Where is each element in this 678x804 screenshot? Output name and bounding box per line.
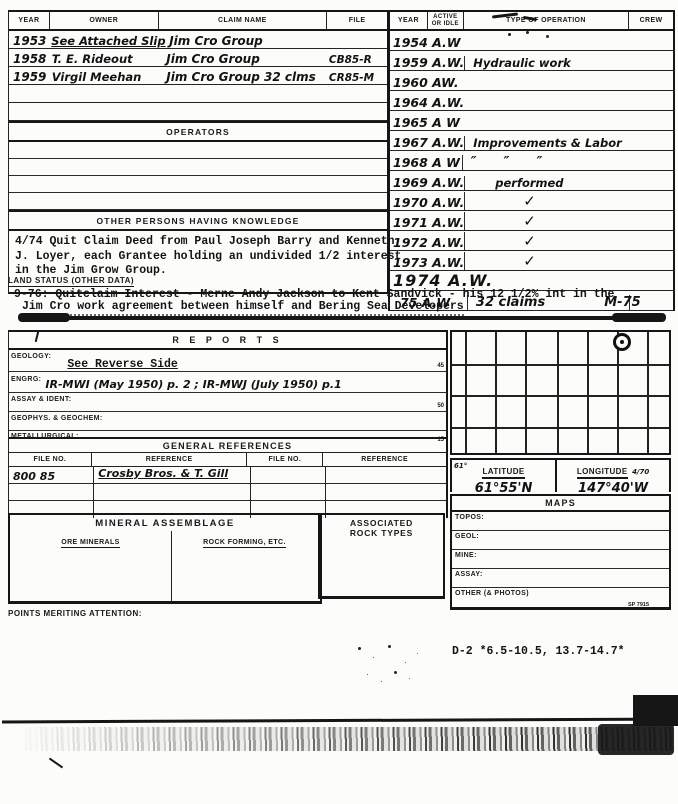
- activity-table-header: YEAR ACTIVE OR IDLE TYPE OF OPERATION CR…: [390, 12, 673, 31]
- col-year: YEAR: [9, 17, 49, 24]
- activity-row: 1973 A.W. ✓: [390, 251, 673, 271]
- report-row-geophys: GEOPHYS. & GEOCHEM:: [9, 412, 446, 431]
- ownership-row: 1959 Virgil Meehan Jim Cro Group 32 clms…: [9, 67, 387, 85]
- checkmark: ✓: [464, 192, 639, 210]
- operators-row-empty: [9, 193, 387, 210]
- maps-row-mine: MINE:: [452, 550, 669, 569]
- redaction-square: [633, 695, 678, 726]
- scan-edge-line: [2, 718, 676, 724]
- reports-section: R E P O R T S GEOLOGY: See Reverse Side …: [8, 330, 448, 445]
- form-number: SP 7915: [628, 602, 649, 608]
- report-row-geology: GEOLOGY: See Reverse Side 45: [9, 350, 446, 372]
- scanned-claim-record-form: YEAR OWNER CLAIM NAME FILE 1953 See Atta…: [0, 0, 678, 804]
- operators-row-empty: [9, 159, 387, 176]
- longitude-note: 4/70: [632, 468, 649, 476]
- rock-forming-column: ROCK FORMING, ETC.: [171, 531, 317, 601]
- activity-table: YEAR ACTIVE OR IDLE TYPE OF OPERATION CR…: [388, 10, 675, 311]
- operators-section-header: OPERATORS: [9, 121, 387, 142]
- points-meriting-attention-label: POINTS MERITING ATTENTION:: [8, 609, 142, 618]
- activity-row: 1965 A W: [390, 111, 673, 131]
- bottom-reference-note: D-2 *6.5-10.5, 13.7-14.7*: [452, 645, 625, 658]
- ink-speckles: [358, 647, 361, 650]
- geology-value: See Reverse Side: [67, 358, 177, 371]
- knowledge-section-header: OTHER PERSONS HAVING KNOWLEDGE: [9, 210, 387, 231]
- registration-mark-icon: [613, 333, 631, 351]
- operators-row-empty: [9, 176, 387, 193]
- col-owner: OWNER: [49, 12, 158, 29]
- maps-row-topos: TOPOS:: [452, 512, 669, 531]
- row-number: 45: [437, 363, 444, 369]
- associated-rock-types-section: ASSOCIATED ROCK TYPES: [318, 513, 445, 599]
- latitude-label: LATITUDE: [482, 467, 524, 479]
- ownership-row: 1953 See Attached Slip Jim Cro Group: [9, 31, 387, 49]
- activity-row: 1967 A.W. Improvements & Labor: [390, 131, 673, 151]
- ownership-table-header: YEAR OWNER CLAIM NAME FILE: [9, 12, 387, 31]
- col-file: FILE: [326, 12, 387, 29]
- col-crew: CREW: [628, 12, 673, 29]
- ink-artifact: [49, 758, 63, 769]
- ownership-row-empty: [9, 103, 387, 121]
- longitude-label: LONGITUDE: [577, 467, 628, 479]
- latitude-note: 61°: [454, 462, 467, 470]
- land-status-line-2: Jim Cro work agreement between himself a…: [22, 300, 464, 316]
- scan-smudge-heavy: [598, 724, 674, 755]
- activity-row: 1968 A W ″ ″ ″: [390, 151, 673, 171]
- checkmark: ✓: [464, 232, 639, 250]
- coordinates-section: 61° LATITUDE 61°55'N LONGITUDE 4/70 147°…: [450, 458, 671, 492]
- general-references-header: GENERAL REFERENCES: [9, 437, 446, 453]
- row-number: 50: [437, 403, 444, 409]
- reports-header: R E P O R T S: [9, 330, 446, 350]
- checkmark: ✓: [464, 212, 639, 230]
- ownership-row: 1958 T. E. Rideout Jim Cro Group CB85-R: [9, 49, 387, 67]
- ore-minerals-column: ORE MINERALS: [10, 531, 171, 601]
- checkmark: ✓: [464, 252, 639, 270]
- separator-bar-end: [612, 313, 666, 322]
- col-type-of-operation: TYPE OF OPERATION: [463, 12, 628, 29]
- maps-row-geol: GEOL:: [452, 531, 669, 550]
- maps-section: MAPS TOPOS: GEOL: MINE: ASSAY: OTHER (& …: [450, 494, 671, 610]
- col-active-or-idle: ACTIVE OR IDLE: [427, 12, 463, 29]
- activity-row: 1964 A.W.: [390, 91, 673, 111]
- ownership-row-empty: [9, 85, 387, 103]
- reference-row: 800 85 Crosby Bros. & T. Gill: [9, 467, 446, 484]
- longitude-cell: LONGITUDE 4/70 147°40'W: [555, 460, 669, 492]
- maps-header: MAPS: [452, 496, 669, 512]
- activity-row: 1970 A.W. ✓: [390, 191, 673, 211]
- land-status-label: LAND STATUS (OTHER DATA): [8, 276, 134, 287]
- col-year: YEAR: [390, 17, 427, 24]
- general-references-columns: FILE NO. REFERENCE FILE NO. REFERENCE: [9, 453, 446, 467]
- separator-bar: [30, 316, 650, 320]
- general-references-section: GENERAL REFERENCES FILE NO. REFERENCE FI…: [8, 437, 448, 518]
- mineral-assemblage-header: MINERAL ASSEMBLAGE: [10, 515, 320, 531]
- index-grid: [450, 330, 671, 455]
- mineral-assemblage-section: MINERAL ASSEMBLAGE ORE MINERALS ROCK FOR…: [8, 513, 322, 604]
- reference-row-empty: [9, 484, 446, 501]
- activity-row: 1969 A.W. performed: [390, 171, 673, 191]
- activity-row: 1954 A.W: [390, 31, 673, 51]
- scan-smudge-fade: [25, 727, 673, 751]
- activity-row: 1959 A.W. Hydraulic work: [390, 51, 673, 71]
- maps-row-assay: ASSAY:: [452, 569, 669, 588]
- activity-row: 1971 A.W. ✓: [390, 211, 673, 231]
- ink-artifact: [508, 33, 511, 36]
- quit-claim-line-2: J. Loyer, each Grantee holding an undivi…: [15, 250, 387, 265]
- activity-row: 1960 AW.: [390, 71, 673, 91]
- latitude-cell: 61° LATITUDE 61°55'N: [452, 460, 555, 492]
- operators-row-empty: [9, 142, 387, 159]
- quit-claim-line-1: 4/74 Quit Claim Deed from Paul Joseph Ba…: [15, 235, 387, 250]
- col-claim-name: CLAIM NAME: [158, 12, 327, 29]
- report-row-assay: ASSAY & IDENT: 50: [9, 393, 446, 412]
- activity-row: 1972 A.W. ✓: [390, 231, 673, 251]
- report-row-engrg: ENGRG: IR-MWI (May 1950) p. 2 ; IR-MWJ (…: [9, 372, 446, 393]
- ownership-table: YEAR OWNER CLAIM NAME FILE 1953 See Atta…: [8, 10, 389, 294]
- engrg-value: IR-MWI (May 1950) p. 2 ; IR-MWJ (July 19…: [45, 378, 341, 391]
